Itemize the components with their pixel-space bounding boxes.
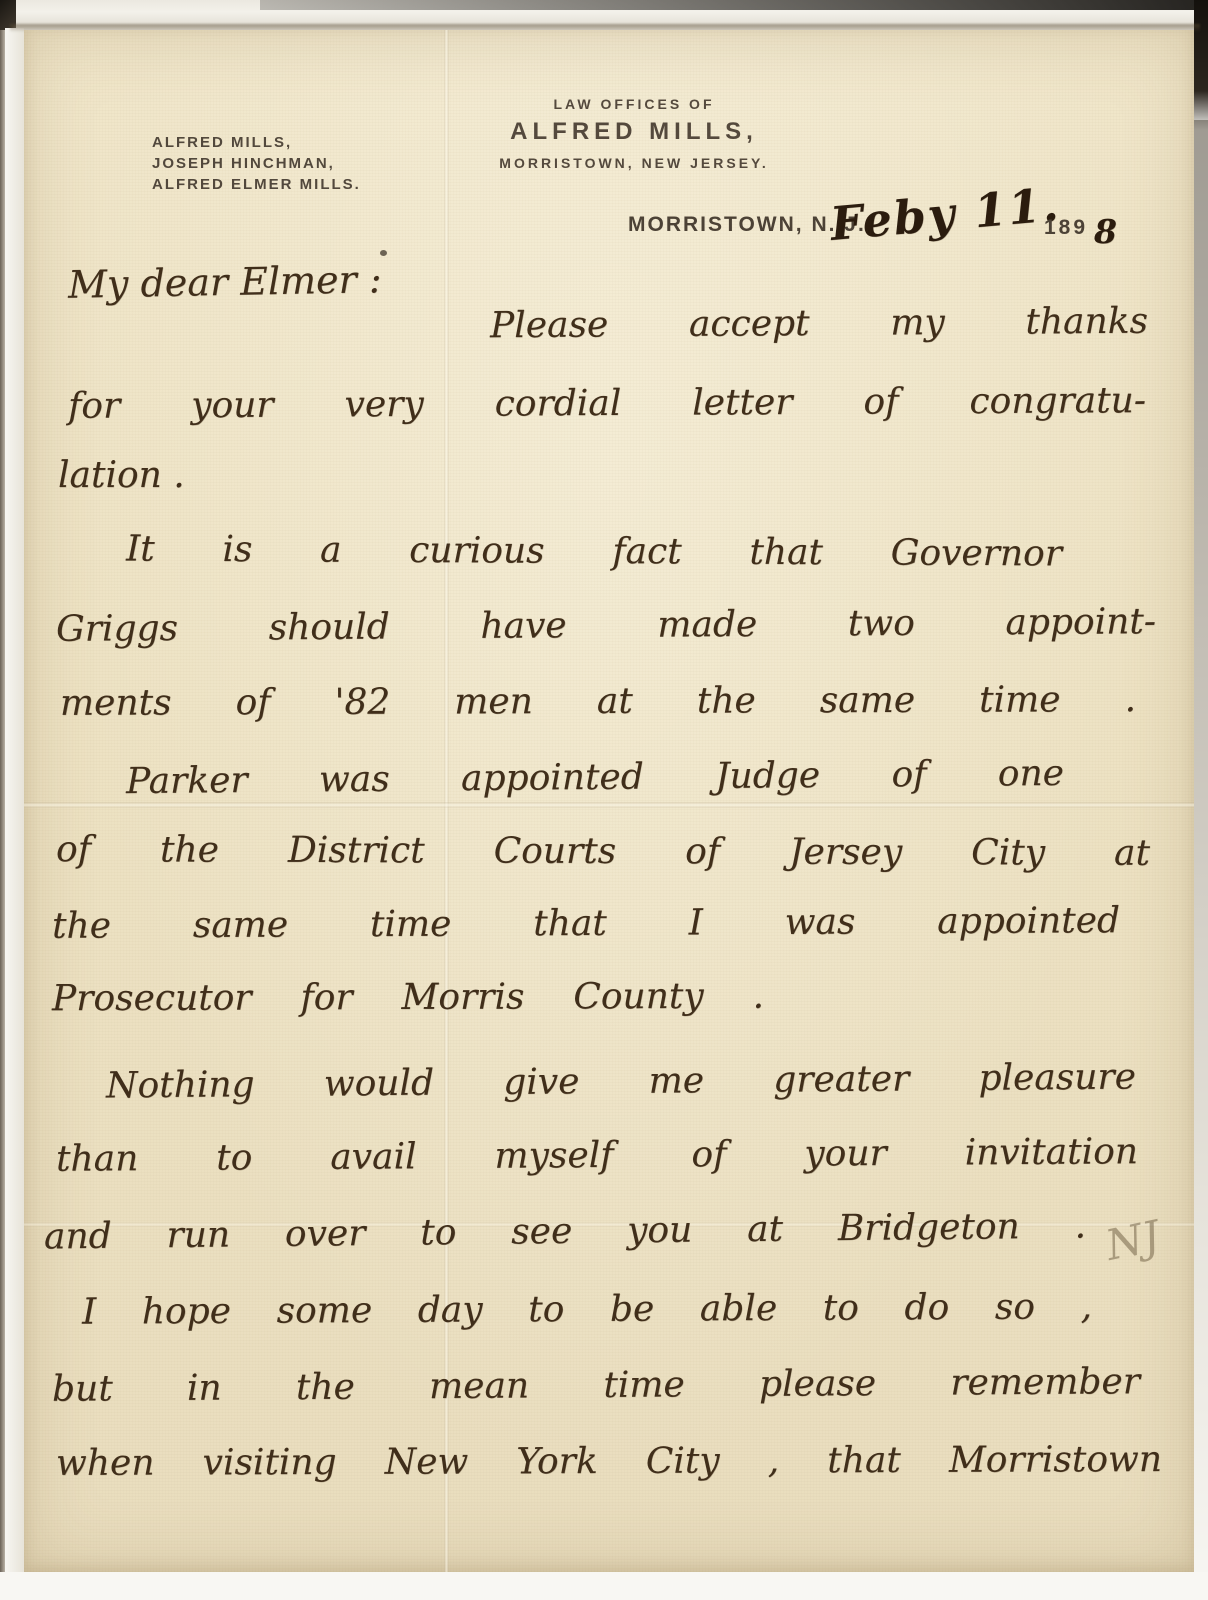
letter-sheet: ALFRED MILLS, JOSEPH HINCHMAN, ALFRED EL… bbox=[24, 30, 1194, 1572]
salutation: My dear Elmer : bbox=[68, 253, 383, 310]
handwritten-line: It is a curious fact that Governor bbox=[126, 524, 1062, 581]
pencil-initials: NJ bbox=[1101, 1211, 1164, 1270]
handwritten-line: I hope some day to be able to do so , bbox=[82, 1281, 1092, 1338]
letterhead-city-line: MORRISTOWN, NEW JERSEY. bbox=[424, 155, 844, 171]
handwritten-line: ments of '82 men at the same time . bbox=[60, 674, 1136, 730]
attorney-name: ALFRED MILLS, bbox=[152, 132, 361, 153]
handwritten-line: Nothing would give me greater pleasure bbox=[106, 1052, 1136, 1113]
handwritten-line: and run over to see you at Bridgeton . bbox=[44, 1201, 1086, 1264]
handwritten-line: Griggs should have made two appoint- bbox=[56, 596, 1156, 656]
handwritten-line: Prosecutor for Morris County . bbox=[52, 971, 764, 1025]
scan-edge-right bbox=[1194, 120, 1208, 1560]
letterhead-attorneys: ALFRED MILLS, JOSEPH HINCHMAN, ALFRED EL… bbox=[152, 132, 361, 195]
handwritten-date: Feby 11. bbox=[828, 178, 1062, 250]
handwritten-year-digit: 8 bbox=[1094, 206, 1117, 258]
handwritten-line: when visiting New York City , that Morri… bbox=[56, 1434, 1162, 1490]
handwritten-line: but in the mean time please remember bbox=[52, 1356, 1140, 1416]
scanned-letter-page: { "document_type": "Handwritten letter o… bbox=[0, 0, 1208, 1600]
scan-edge-left-white bbox=[5, 28, 24, 1576]
handwritten-line: of the District Courts of Jersey City at bbox=[56, 824, 1150, 880]
handwritten-line: Parker was appointed Judge of one bbox=[126, 748, 1064, 808]
year-printed: 189 bbox=[1044, 216, 1088, 240]
letterhead-law-offices-of: LAW OFFICES OF bbox=[424, 96, 844, 112]
letterhead-office-block: LAW OFFICES OF ALFRED MILLS, MORRISTOWN,… bbox=[424, 96, 844, 171]
attorney-name: JOSEPH HINCHMAN, bbox=[152, 153, 361, 174]
handwritten-line: for your very cordial letter of congratu… bbox=[68, 375, 1146, 433]
handwritten-line: than to avail myself of your invitation bbox=[56, 1126, 1138, 1186]
scanner-background-bottom bbox=[0, 1572, 1208, 1600]
scan-corner-top-right bbox=[1194, 0, 1208, 130]
attorney-name: ALFRED ELMER MILLS. bbox=[152, 174, 361, 195]
handwritten-line: the same time that I was appointed bbox=[52, 895, 1120, 953]
handwritten-line: Please accept my thanks bbox=[490, 296, 1148, 353]
scan-dark-band bbox=[260, 0, 1208, 10]
letterhead-firm-name: ALFRED MILLS, bbox=[424, 118, 844, 146]
handwritten-line: lation . bbox=[58, 450, 185, 502]
